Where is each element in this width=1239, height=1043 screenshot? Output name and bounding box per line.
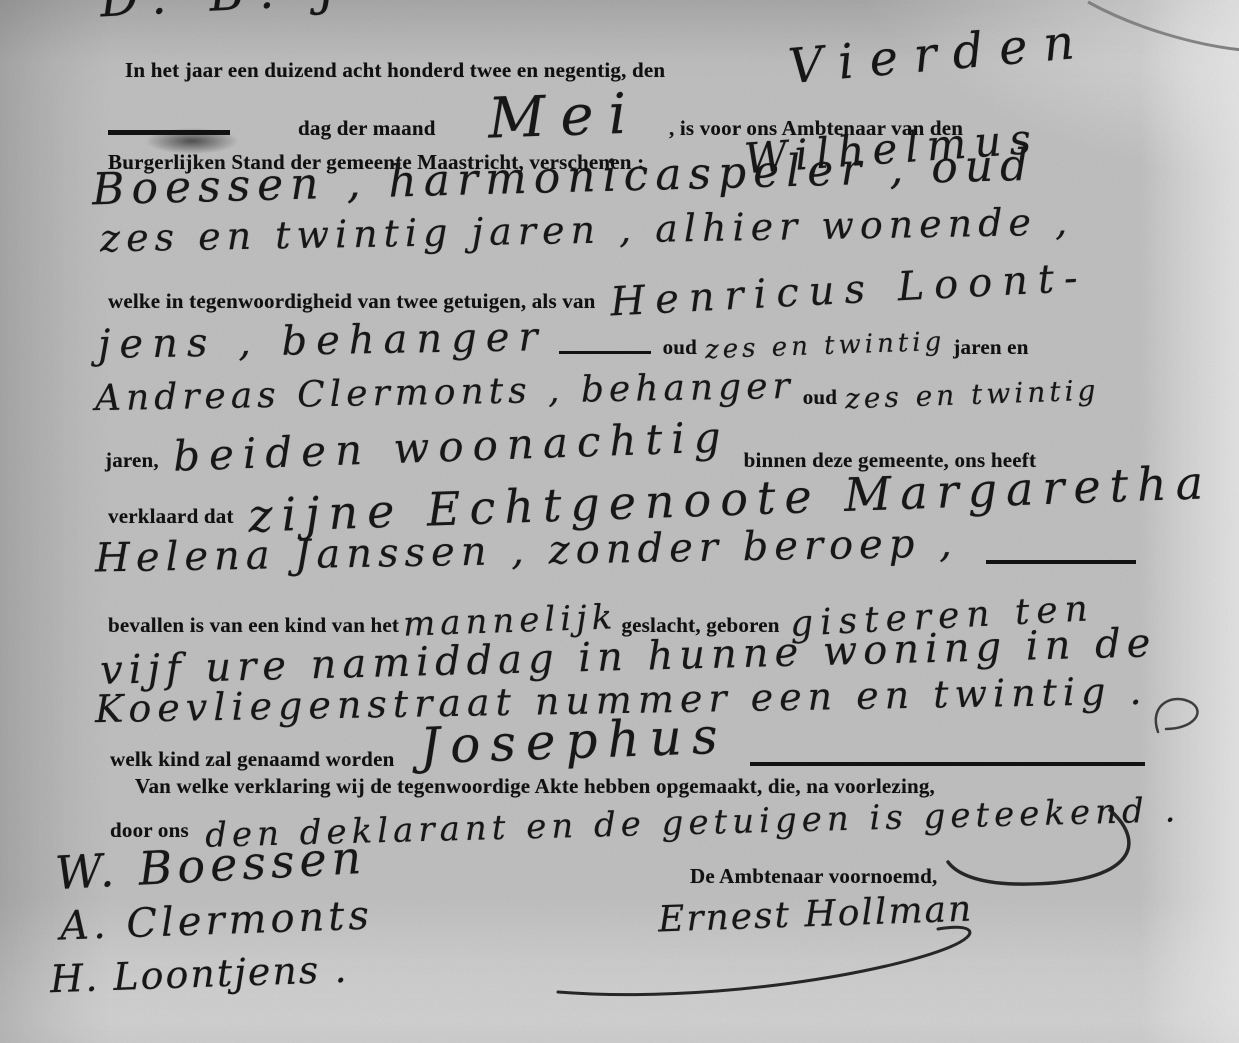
printed-year-clause: In het jaar een duizend acht honderd twe…	[125, 58, 665, 83]
handwritten-witness2-age: zes en twintig	[845, 374, 1100, 416]
handwritten-declarant-age-residence: zes en twintig jaren , alhier wonende ,	[100, 200, 1074, 261]
printed-oud-label: oud	[663, 335, 697, 360]
cutoff-scribble-line: D. B. J	[100, 0, 350, 22]
signature-underline-flourish	[558, 927, 970, 994]
blank-line-rule	[986, 560, 1136, 564]
witness1-signature: W. Boessen	[54, 830, 368, 900]
entry-line-5: zes en twintig jaren , alhier wonende ,	[100, 208, 1073, 252]
paper-fold-line	[1088, 2, 1239, 50]
handwritten-witness1-age: zes en twintig	[705, 327, 946, 365]
form-line-8: Andreas Clermonts , behanger oud zes en …	[95, 372, 1100, 413]
handwritten-child-name: Josephus	[420, 707, 729, 776]
entry-line-4: Boessen , harmonicaspeler , oud	[92, 152, 1035, 203]
witness2-signature: A. Clermonts	[59, 893, 373, 950]
birth-record-scan: D. B. J In het jaar een duizend acht hon…	[0, 0, 1239, 1043]
printed-officiant-title: De Ambtenaar voornoemd,	[690, 864, 937, 889]
entry-line-11: Helena Janssen , zonder beroep ,	[95, 528, 1136, 574]
witness3-signature: H. Loontjens .	[49, 947, 349, 1001]
ink-blot	[146, 128, 238, 154]
handwritten-mother-name: Helena Janssen , zonder beroep ,	[95, 520, 959, 581]
handwritten-witness1-name-part2: jens , behanger	[98, 314, 547, 368]
officiant-title-line: De Ambtenaar voornoemd,	[690, 864, 937, 889]
handwritten-witness1-name-part1: Henricus Loont-	[609, 255, 1088, 326]
printed-jaren-en-label: jaren en	[953, 335, 1028, 360]
signature-line: H. Loontjens .	[50, 952, 348, 996]
form-line-1: In het jaar een duizend acht honderd twe…	[125, 58, 665, 83]
blank-line-rule	[559, 351, 651, 354]
handwritten-day: Vierden	[786, 13, 1092, 95]
officiant-signature: Ernest Hollman	[657, 889, 973, 941]
printed-jaren-label: jaren,	[105, 448, 159, 473]
cutoff-scribble-text: D. B. J	[99, 0, 352, 29]
signature-line: A. Clermonts	[60, 898, 373, 944]
printed-declared-label: verklaard dat	[108, 504, 234, 529]
printed-witnesses-clause: welke in tegenwoordigheid van twee getui…	[108, 289, 596, 314]
handwritten-witness2-name: Andreas Clermonts , behanger	[95, 366, 795, 419]
printed-closing-clause: Van welke verklaring wij de tegenwoordig…	[135, 774, 935, 799]
entry-day: Vierden	[788, 26, 1091, 82]
signature-line: W. Boessen	[55, 838, 366, 892]
form-line-6: welke in tegenwoordigheid van twee getui…	[108, 272, 1087, 318]
blank-line-rule	[750, 762, 1145, 766]
printed-oud-label-2: oud	[803, 385, 837, 410]
pen-flourish-small	[1156, 699, 1198, 732]
form-line-7: jens , behanger oud zes en twintig jaren…	[98, 318, 1029, 364]
printed-childname-label: welk kind zal genaamd worden	[110, 747, 394, 772]
form-line-15: welk kind zal genaamd worden Josephus	[110, 720, 1145, 778]
officiant-signature-line: Ernest Hollman	[658, 894, 973, 935]
form-line-16: Van welke verklaring wij de tegenwoordig…	[135, 774, 935, 799]
handwritten-both-residing: beiden woonachtig	[172, 412, 730, 480]
